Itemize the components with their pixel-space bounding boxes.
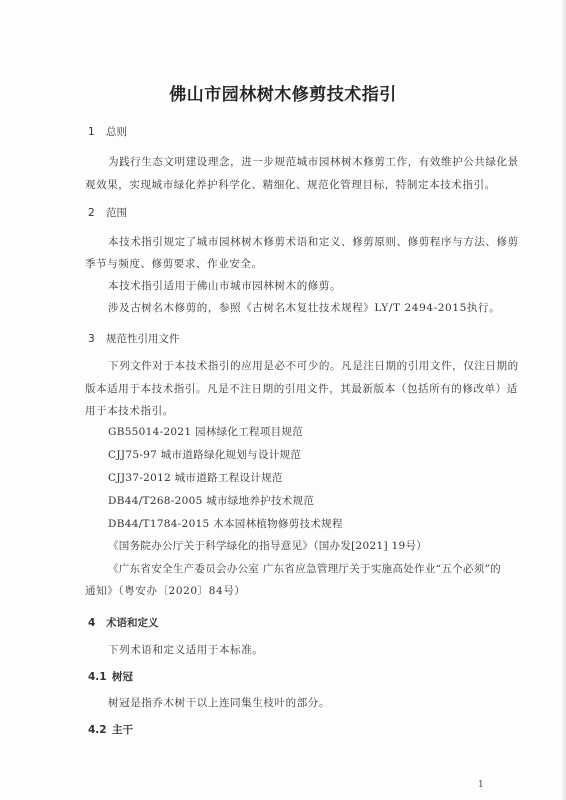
paragraph-line: 本技术指引规定了城市园林树木修剪术语和定义、修剪原则、修剪程序与方法、修剪	[108, 234, 519, 249]
section-title: 总则	[106, 126, 127, 138]
section-3-heading: 3规范性引用文件	[88, 331, 180, 346]
section-number: 1	[88, 126, 106, 138]
paragraph-line: 为践行生态文明建设理念，进一步规范城市园林树木修剪工作，有效维护公共绿化景	[108, 154, 519, 169]
reference-item: DB44/T1784-2015 木本园林植物修剪技术规程	[108, 516, 343, 531]
paragraph-line: 季节与频度、修剪要求、作业安全。	[85, 256, 263, 271]
reference-item: CJJ75-97 城市道路绿化规划与设计规范	[108, 447, 301, 462]
page-edge	[562, 0, 566, 800]
reference-item: DB44/T268-2005 城市绿地养护技术规范	[108, 493, 314, 508]
section-4-1-heading: 4.1树冠	[88, 669, 133, 684]
reference-item: 通知》（粤安办〔2020〕84号）	[85, 583, 246, 598]
paragraph-line: 本技术指引适用于佛山市城市园林树木的修剪。	[108, 278, 341, 293]
section-title: 主干	[112, 724, 133, 736]
document-title: 佛山市园林树木修剪技术指引	[0, 80, 566, 105]
section-4-2-heading: 4.2主干	[88, 722, 133, 737]
section-2-heading: 2范围	[88, 205, 127, 220]
paragraph-line: 下列术语和定义适用于本标准。	[108, 642, 263, 657]
section-number: 4	[88, 617, 106, 629]
reference-item: 《广东省安全生产委员会办公室 广东省应急管理厅关于实施高处作业“五个必须”的	[108, 561, 501, 576]
paragraph-line: 下列文件对于本技术指引的应用是必不可少的。凡是注日期的引用文件，仅注日期的	[108, 358, 519, 373]
section-title: 范围	[106, 207, 127, 219]
section-title: 规范性引用文件	[106, 333, 180, 345]
paragraph-line: 版本适用于本技术指引。凡是不注日期的引用文件，其最新版本（包括所有的修改单）适	[85, 381, 518, 396]
section-1-heading: 1总则	[88, 124, 127, 139]
document-page: 佛山市园林树木修剪技术指引 1总则 为践行生态文明建设理念，进一步规范城市园林树…	[0, 0, 566, 800]
page-number: 1	[478, 780, 484, 790]
paragraph-line: 观效果，实现城市绿化养护科学化、精细化、规范化管理目标，特制定本技术指引。	[85, 177, 496, 192]
section-number: 4.1	[88, 671, 112, 683]
paragraph-line: 用于本技术指引。	[85, 403, 174, 418]
section-title: 树冠	[112, 671, 133, 683]
section-number: 3	[88, 333, 106, 345]
section-number: 4.2	[88, 724, 112, 736]
reference-item: 《国务院办公厅关于科学绿化的指导意见》（国办发[2021] 19号）	[108, 538, 427, 553]
reference-item: GB55014-2021 园林绿化工程项目规范	[108, 424, 303, 439]
section-title: 术语和定义	[106, 617, 159, 629]
reference-item: CJJ37-2012 城市道路工程设计规范	[108, 470, 283, 485]
section-number: 2	[88, 207, 106, 219]
section-4-heading: 4术语和定义	[88, 615, 159, 630]
paragraph-line: 树冠是指乔木树干以上连同集生枝叶的部分。	[108, 695, 330, 710]
paragraph-line: 涉及古树名木修剪的，参照《古树名木复壮技术规程》LY/T 2494-2015执行…	[108, 300, 500, 315]
